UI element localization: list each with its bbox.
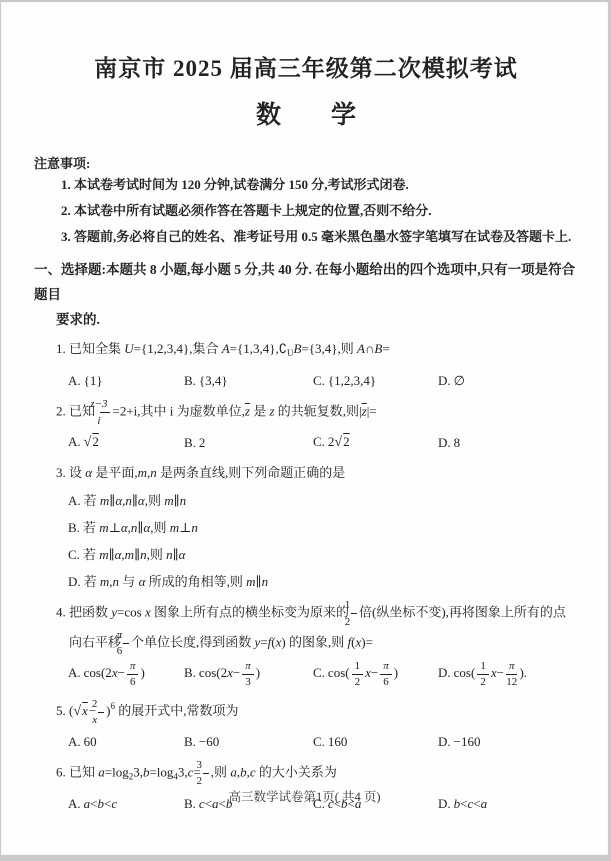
section-heading-line2: 要求的. xyxy=(56,307,578,332)
option-body: 2√2 xyxy=(328,434,351,449)
question-2-option-a: A.√2 xyxy=(68,429,184,456)
question-3-option-d: D.若 m,n 与 α 所成的角相等,则 m∥n xyxy=(68,568,578,595)
option-label: C. xyxy=(313,734,325,749)
option-body: {1} xyxy=(84,373,103,388)
option-body: 若 m∥α,n∥α,则 m∥n xyxy=(84,493,187,508)
option-label: A. xyxy=(68,434,81,449)
option-label: B. xyxy=(184,373,196,388)
notice-item-3: 3. 答题前,务必将自己的姓名、准考证号用 0.5 毫米黑色墨水签字笔填写在试卷… xyxy=(61,224,578,250)
question-3-options: A.若 m∥α,n∥α,则 m∥n B.若 m⊥α,n∥α,则 m⊥n C.若 … xyxy=(68,487,578,595)
question-3-stem: 3. 设 α 是平面,m,n 是两条直线,则下列命题正确的是 xyxy=(56,460,578,486)
option-label: B. xyxy=(68,520,80,535)
question-2: 2. 已知 z−3i=2+i,其中 i 为虚数单位,z 是 z 的共轭复数,则|… xyxy=(34,398,578,456)
question-5-option-a: A.60 xyxy=(68,729,184,755)
option-body: 60 xyxy=(84,734,97,749)
option-label: A. xyxy=(68,734,81,749)
option-label: B. xyxy=(184,435,196,450)
question-3-option-c: C.若 m∥α,m∥n,则 n∥α xyxy=(68,541,578,568)
question-4-option-b: B.cos(2x−π3) xyxy=(184,660,313,689)
option-body: 160 xyxy=(328,734,348,749)
exam-title: 南京市 2025 届高三年级第二次模拟考试 xyxy=(34,50,578,83)
notice-item-1: 1. 本试卷考试时间为 120 分钟,试卷满分 150 分,考试形式闭卷. xyxy=(61,172,578,198)
question-4-options: A.cos(2x−π6) B.cos(2x−π3) C.cos(12x−π6) … xyxy=(68,660,578,689)
question-1-options: A.{1} B.{3,4} C.{1,2,3,4} D.∅ xyxy=(68,368,578,394)
option-body: {1,2,3,4} xyxy=(328,373,376,388)
option-body: cos(12x−π12). xyxy=(454,665,527,680)
option-label: C. xyxy=(313,373,325,388)
question-3-option-b: B.若 m⊥α,n∥α,则 m⊥n xyxy=(68,514,578,541)
option-body: cos(2x−π6) xyxy=(84,665,145,680)
option-body: 若 m,n 与 α 所成的角相等,则 m∥n xyxy=(84,574,268,589)
question-3: 3. 设 α 是平面,m,n 是两条直线,则下列命题正确的是 A.若 m∥α,n… xyxy=(34,460,578,595)
notice-heading: 注意事项: xyxy=(34,153,578,172)
option-body: √2 xyxy=(84,434,100,449)
question-5-options: A.60 B.−60 C.160 D.−160 xyxy=(68,729,578,755)
option-label: A. xyxy=(68,373,81,388)
exam-paper-page: 南京市 2025 届高三年级第二次模拟考试 数 学 注意事项: 1. 本试卷考试… xyxy=(1,2,608,855)
question-1-option-a: A.{1} xyxy=(68,368,184,394)
option-label: B. xyxy=(184,665,196,680)
question-5-stem: 5. (√x−2x)6 的展开式中,常数项为 xyxy=(56,693,578,727)
option-label: C. xyxy=(68,547,80,562)
exam-subject: 数 学 xyxy=(34,95,578,131)
option-label: C. xyxy=(313,665,325,680)
option-label: A. xyxy=(68,493,81,508)
option-body: 2 xyxy=(199,435,206,450)
section-heading-line1: 一、选择题:本题共 8 小题,每小题 5 分,共 40 分. 在每小题给出的四个… xyxy=(34,257,578,307)
question-6-stem: 6. 已知 a=log23,b=log43,c=32,则 a,b,c 的大小关系… xyxy=(56,759,578,790)
question-5-option-c: C.160 xyxy=(313,729,438,755)
option-label: A. xyxy=(68,665,81,680)
option-label: D. xyxy=(438,665,451,680)
question-2-option-b: B.2 xyxy=(184,430,313,456)
option-body: {3,4} xyxy=(199,373,228,388)
question-5-option-b: B.−60 xyxy=(184,729,313,755)
question-1: 1. 已知全集 U={1,2,3,4},集合 A={1,3,4},∁UB={3,… xyxy=(34,336,578,394)
option-body: −60 xyxy=(199,734,219,749)
option-label: B. xyxy=(184,734,196,749)
question-3-option-a: A.若 m∥α,n∥α,则 m∥n xyxy=(68,487,578,514)
page-footer: 高三数学试卷第1页( 共4 页) xyxy=(1,787,608,805)
question-2-options: A.√2 B.2 C.2√2 D.8 xyxy=(68,429,578,456)
option-label: D. xyxy=(68,574,81,589)
question-5-option-d: D.−160 xyxy=(438,729,578,755)
question-1-option-b: B.{3,4} xyxy=(184,368,313,394)
notice-item-2: 2. 本试卷中所有试题必须作答在答题卡上规定的位置,否则不给分. xyxy=(61,198,578,224)
question-1-stem: 1. 已知全集 U={1,2,3,4},集合 A={1,3,4},∁UB={3,… xyxy=(56,336,578,366)
question-4: 4. 把函数 y=cos x 图象上所有点的横坐标变为原来的12倍(纵坐标不变)… xyxy=(34,599,578,689)
option-label: C. xyxy=(313,434,325,449)
option-body: 8 xyxy=(454,435,461,450)
question-4-option-d: D.cos(12x−π12). xyxy=(438,660,578,689)
question-1-option-c: C.{1,2,3,4} xyxy=(313,368,438,394)
question-5: 5. (√x−2x)6 的展开式中,常数项为 A.60 B.−60 C.160 … xyxy=(34,693,578,755)
option-label: D. xyxy=(438,435,451,450)
question-4-option-a: A.cos(2x−π6) xyxy=(68,660,184,689)
question-4-option-c: C.cos(12x−π6) xyxy=(313,660,438,689)
option-body: cos(12x−π6) xyxy=(328,665,398,680)
question-2-option-d: D.8 xyxy=(438,430,578,456)
option-body: ∅ xyxy=(454,373,465,388)
question-4-stem: 4. 把函数 y=cos x 图象上所有点的横坐标变为原来的12倍(纵坐标不变)… xyxy=(56,599,578,658)
question-2-option-c: C.2√2 xyxy=(313,429,438,456)
option-body: 若 m⊥α,n∥α,则 m⊥n xyxy=(83,520,198,535)
option-body: −160 xyxy=(454,734,481,749)
question-2-stem: 2. 已知 z−3i=2+i,其中 i 为虚数单位,z 是 z 的共轭复数,则|… xyxy=(56,398,578,427)
option-body: 若 m∥α,m∥n,则 n∥α xyxy=(83,547,186,562)
option-body: cos(2x−π3) xyxy=(199,665,260,680)
question-1-option-d: D.∅ xyxy=(438,368,578,394)
option-label: D. xyxy=(438,734,451,749)
option-label: D. xyxy=(438,373,451,388)
